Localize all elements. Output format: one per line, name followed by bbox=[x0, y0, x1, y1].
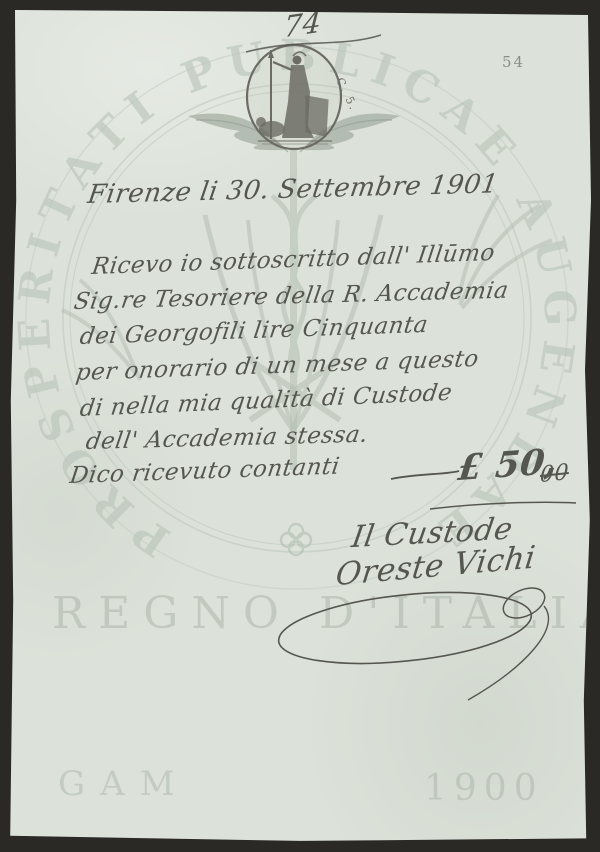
scan-backdrop: PROSPERITATI PUBLICAE AUGENDAE bbox=[0, 0, 600, 852]
document-paper: PROSPERITATI PUBLICAE AUGENDAE bbox=[0, 0, 600, 852]
signature-tail-flourish bbox=[468, 606, 549, 700]
flourish-over-stamp bbox=[246, 35, 381, 52]
signature-loop-flourish bbox=[499, 582, 550, 624]
amount-dash bbox=[391, 471, 459, 479]
ink-flourishes bbox=[0, 0, 600, 852]
signature-oval-flourish bbox=[275, 582, 535, 674]
amount-underline bbox=[430, 502, 576, 509]
